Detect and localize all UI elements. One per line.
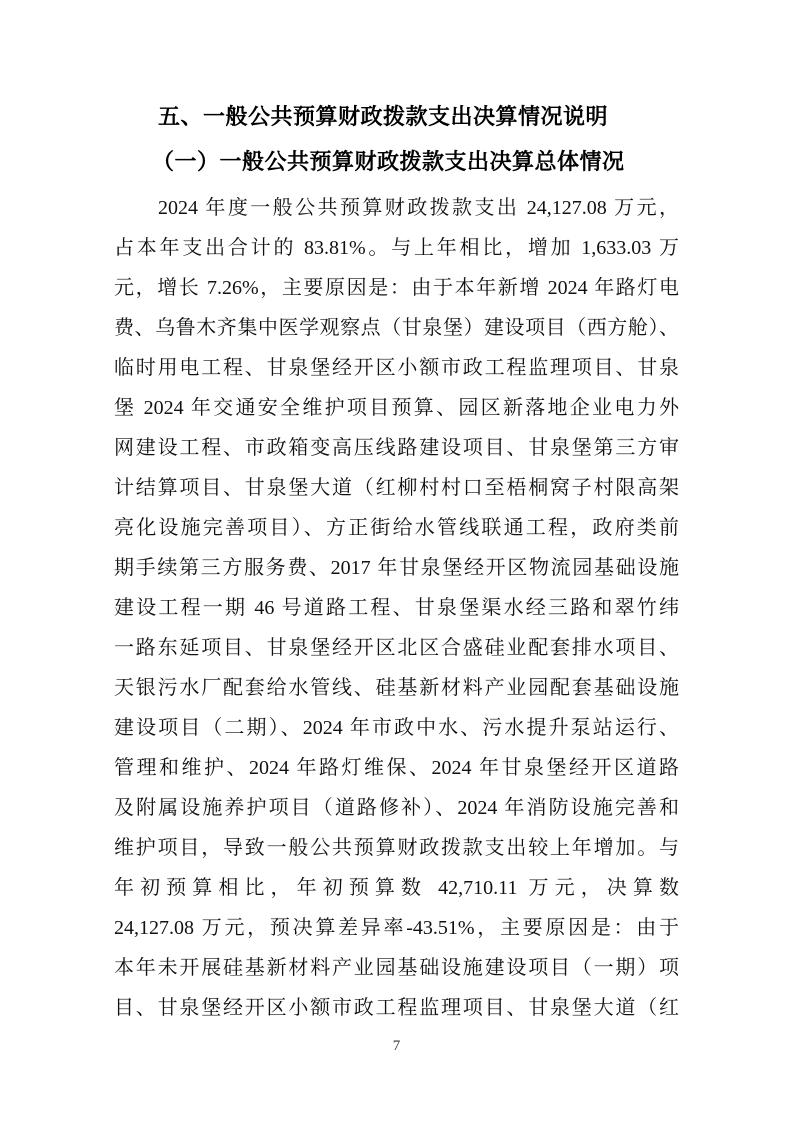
body-line: 目、甘泉堡经开区小额市政工程监理项目、甘泉堡大道（红 bbox=[114, 988, 679, 1028]
body-line: 建设工程一期 46 号道路工程、甘泉堡渠水经三路和翠竹纬 bbox=[114, 588, 679, 628]
body-line: 期手续第三方服务费、2017 年甘泉堡经开区物流园基础设施 bbox=[114, 548, 679, 588]
body-line: 本年未开展硅基新材料产业园基础设施建设项目（一期）项 bbox=[114, 948, 679, 988]
body-line: 维护项目，导致一般公共预算财政拨款支出较上年增加。与 bbox=[114, 828, 679, 868]
body-line: 年初预算相比，年初预算数 42,710.11 万元，决算数 bbox=[114, 868, 679, 908]
body-line: 占本年支出合计的 83.81%。与上年相比，增加 1,633.03 万 bbox=[114, 228, 679, 268]
subsection-heading: （一）一般公共预算财政拨款支出决算总体情况 bbox=[114, 145, 679, 179]
body-line: 费、乌鲁木齐集中医学观察点（甘泉堡）建设项目（西方舱）、 bbox=[114, 308, 679, 348]
page-number: 7 bbox=[114, 1036, 679, 1056]
body-line: 管理和维护、2024 年路灯维保、2024 年甘泉堡经开区道路 bbox=[114, 748, 679, 788]
body-line: 堡 2024 年交通安全维护项目预算、园区新落地企业电力外 bbox=[114, 388, 679, 428]
body-line: 元，增长 7.26%，主要原因是：由于本年新增 2024 年路灯电 bbox=[114, 268, 679, 308]
body-line: 及附属设施养护项目（道路修补）、2024 年消防设施完善和 bbox=[114, 788, 679, 828]
body-line: 一路东延项目、甘泉堡经开区北区合盛硅业配套排水项目、 bbox=[114, 628, 679, 668]
body-line: 2024 年度一般公共预算财政拨款支出 24,127.08 万元， bbox=[114, 188, 679, 228]
body-line: 网建设工程、市政箱变高压线路建设项目、甘泉堡第三方审 bbox=[114, 428, 679, 468]
document-content: 五、一般公共预算财政拨款支出决算情况说明 （一）一般公共预算财政拨款支出决算总体… bbox=[114, 0, 679, 1056]
document-page: 五、一般公共预算财政拨款支出决算情况说明 （一）一般公共预算财政拨款支出决算总体… bbox=[0, 0, 793, 1122]
body-line: 计结算项目、甘泉堡大道（红柳村村口至梧桐窝子村限高架 bbox=[114, 468, 679, 508]
body-paragraph: 2024 年度一般公共预算财政拨款支出 24,127.08 万元， 占本年支出合… bbox=[114, 188, 679, 1028]
body-line: 天银污水厂配套给水管线、硅基新材料产业园配套基础设施 bbox=[114, 668, 679, 708]
body-line: 亮化设施完善项目）、方正街给水管线联通工程，政府类前 bbox=[114, 508, 679, 548]
body-line: 临时用电工程、甘泉堡经开区小额市政工程监理项目、甘泉 bbox=[114, 348, 679, 388]
body-line: 建设项目（二期）、2024 年市政中水、污水提升泵站运行、 bbox=[114, 708, 679, 748]
body-line: 24,127.08 万元，预决算差异率-43.51%，主要原因是：由于 bbox=[114, 908, 679, 948]
section-heading: 五、一般公共预算财政拨款支出决算情况说明 bbox=[114, 100, 679, 134]
